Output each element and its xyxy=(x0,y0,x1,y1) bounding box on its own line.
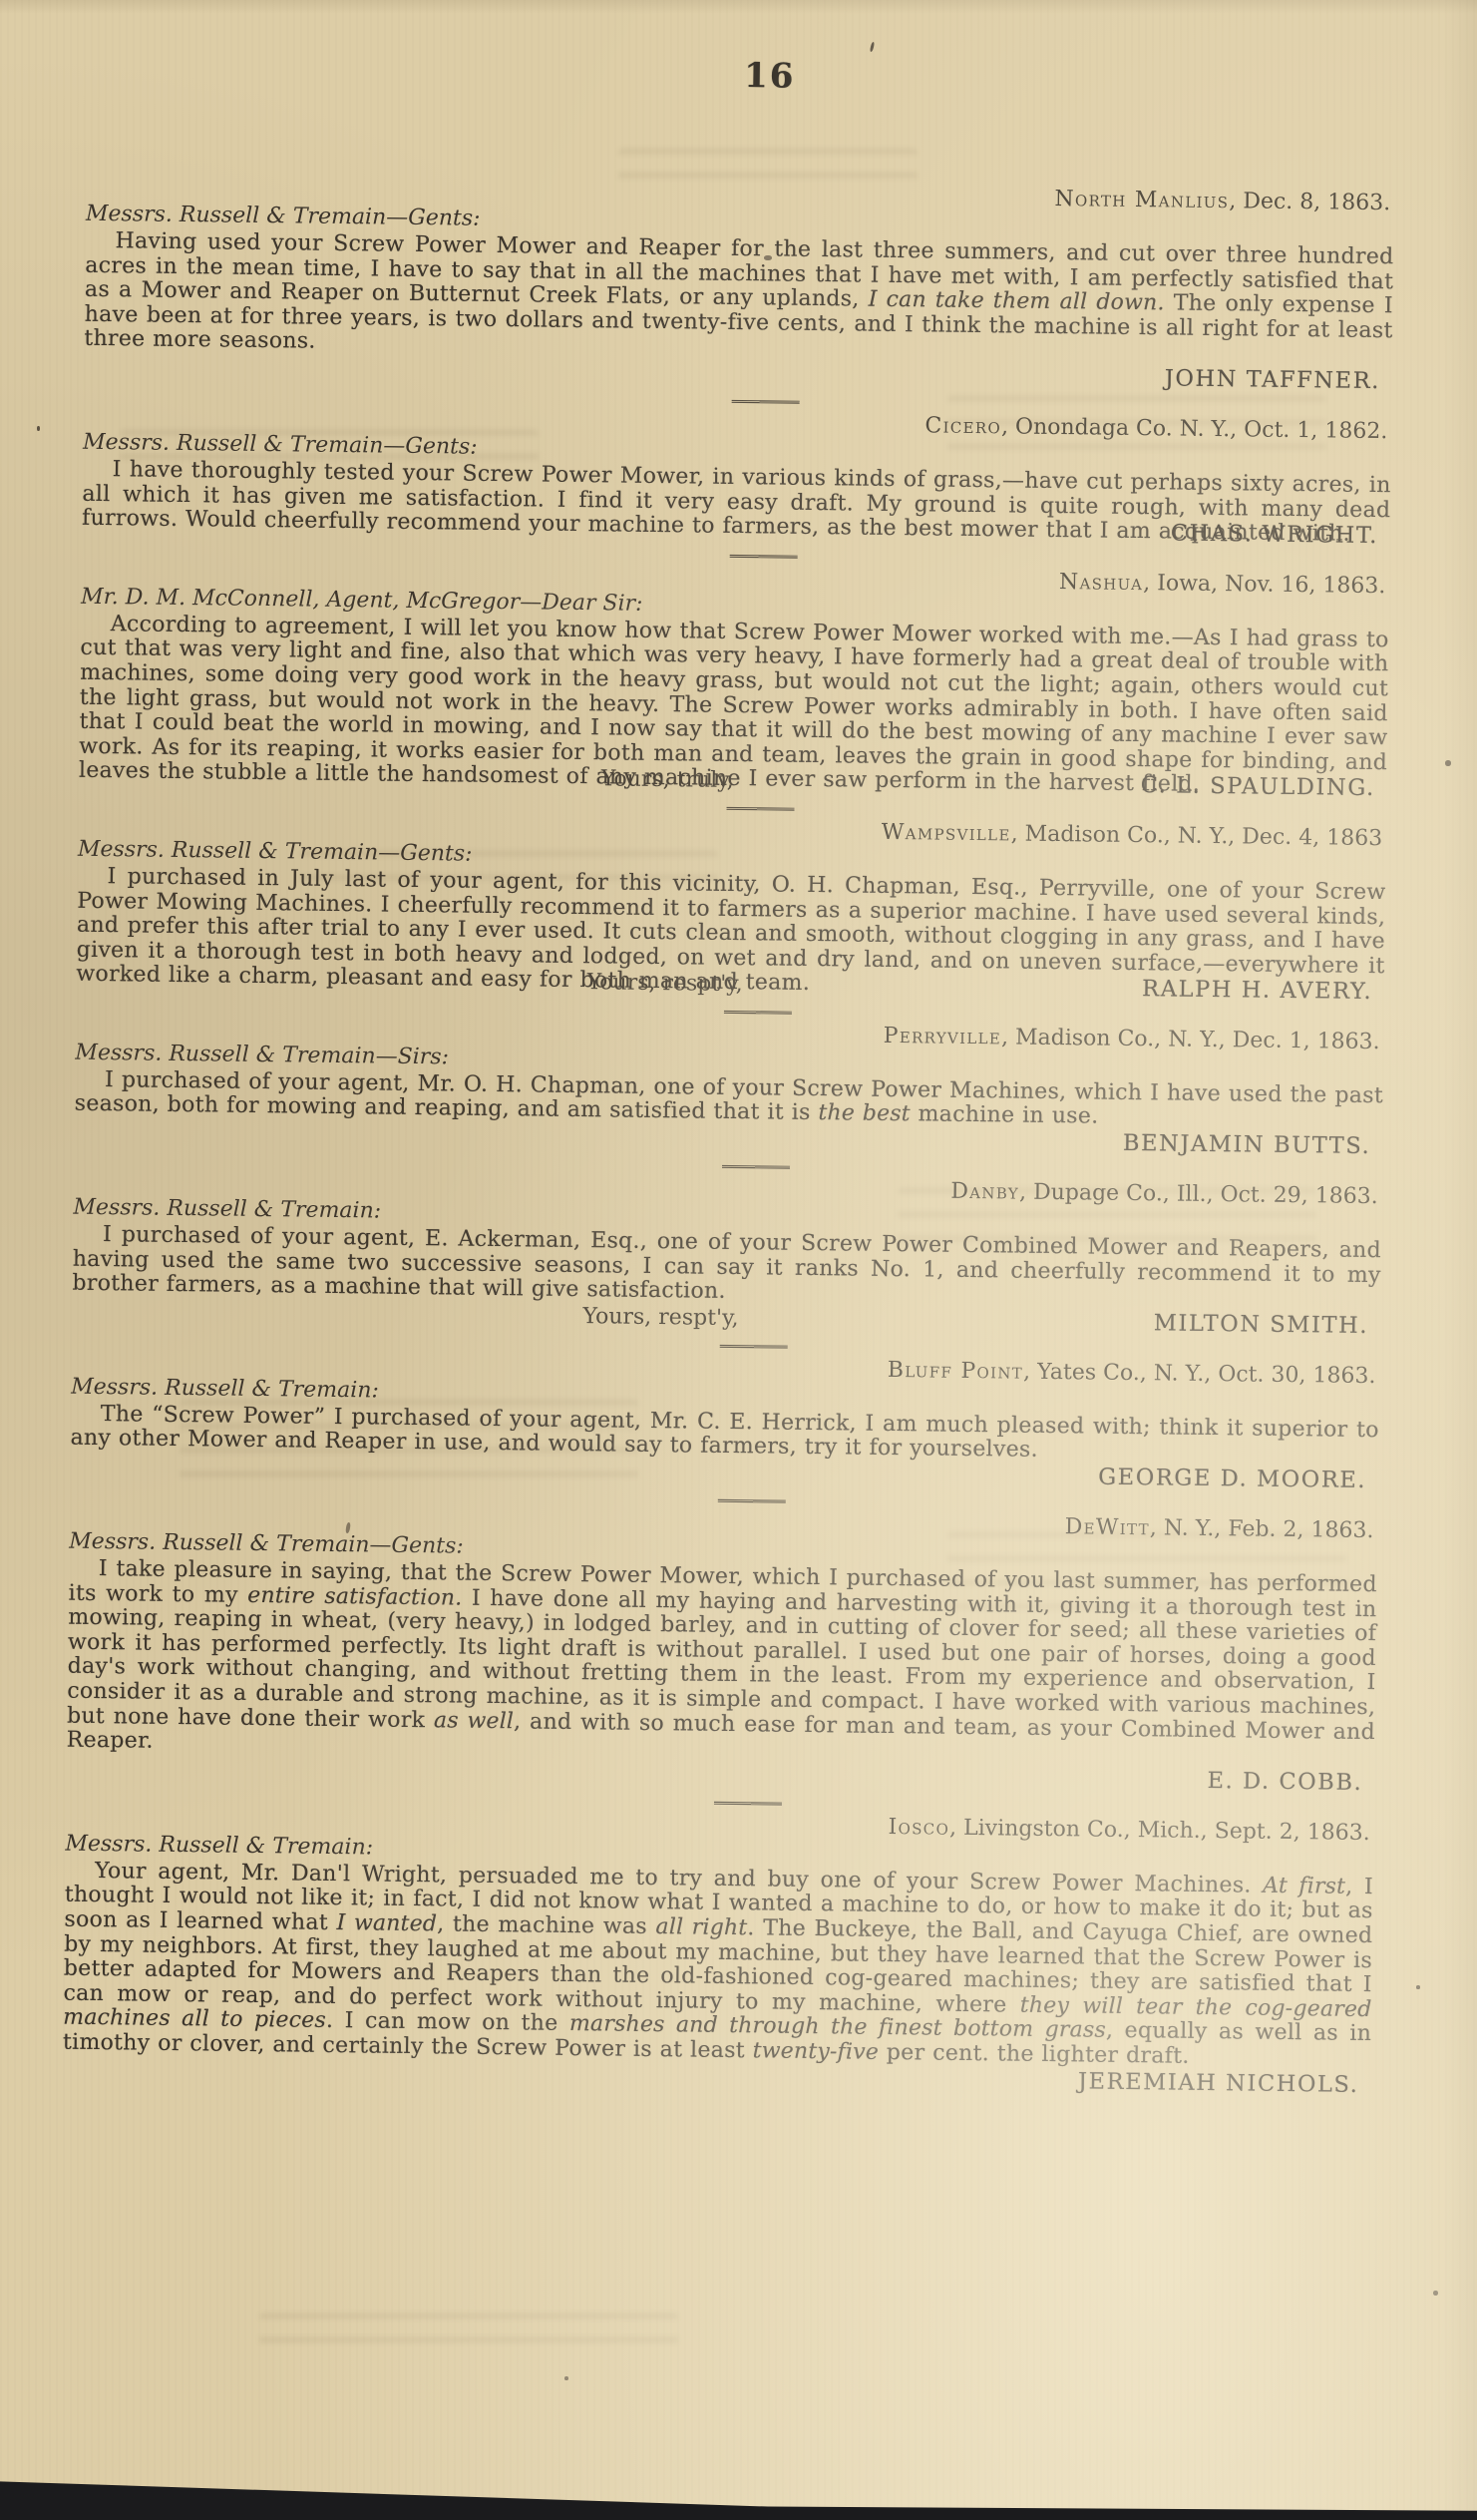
letter-closing: Yours, respt'y, xyxy=(582,1303,738,1332)
letter-place: Danby xyxy=(950,1179,1019,1205)
testimonial-letter: Danby, Dupage Co., Ill., Oct. 29, 1863. … xyxy=(72,1167,1382,1340)
letter-separator xyxy=(714,1802,782,1806)
letter-date: , Yates Co., N. Y., Oct. 30, 1863. xyxy=(1023,1359,1376,1388)
letter-separator xyxy=(724,1011,792,1015)
letter-place: Iosco xyxy=(888,1815,949,1841)
letter-signature: RALPH H. AVERY. xyxy=(1142,976,1372,1006)
body-italic-segment: the best xyxy=(818,1101,911,1127)
letter-separator xyxy=(720,1345,788,1349)
letter-separator xyxy=(730,555,798,559)
letter-place: Nashua xyxy=(1059,570,1144,596)
letter-separator xyxy=(732,400,800,404)
letter-place: Perryville xyxy=(884,1024,1002,1050)
body-segment: . I can mow on the xyxy=(326,2008,569,2036)
body-italic-segment: as well xyxy=(434,1708,514,1734)
letter-place: North Manlius xyxy=(1054,187,1229,213)
ink-speck xyxy=(764,255,772,260)
letter-body: Your agent, Mr. Dan'l Wright, persuaded … xyxy=(63,1859,1373,2071)
letter-signature: JOHN TAFFNER. xyxy=(1165,365,1381,395)
letter-date: , N. Y., Feb. 2, 1863. xyxy=(1150,1515,1374,1543)
letter-closing: Yours, respt'y, xyxy=(586,969,742,998)
testimonial-letter: Cicero, Onondaga Co. N. Y., Oct. 1, 1862… xyxy=(82,402,1392,550)
body-italic-segment: I wanted xyxy=(336,1910,437,1936)
body-italic-segment: entire satisfaction. xyxy=(247,1583,463,1611)
letter-separator xyxy=(727,807,795,811)
body-segment: per cent. the lighter draft. xyxy=(879,2040,1190,2069)
letter-date: , Madison Co., N. Y., Dec. 1, 1863. xyxy=(1001,1025,1380,1054)
letter-date: , Dec. 8, 1863. xyxy=(1229,189,1390,215)
ink-speck xyxy=(37,426,40,431)
letter-date: , Iowa, Nov. 16, 1863. xyxy=(1143,571,1385,599)
letter-body: I take pleasure in saying, that the Scre… xyxy=(67,1557,1377,1770)
body-italic-segment: all right xyxy=(655,1914,747,1940)
letter-signature: MILTON SMITH. xyxy=(1154,1310,1369,1340)
letter-signature: CHAS. WRIGHT. xyxy=(1171,520,1379,550)
letter-place: Wampsville xyxy=(882,820,1011,847)
ink-speck xyxy=(1445,760,1451,766)
scan-bottom-edge xyxy=(0,2478,1477,2520)
letter-date: , Dupage Co., Ill., Oct. 29, 1863. xyxy=(1019,1180,1378,1210)
letter-place: DeWitt xyxy=(1065,1514,1151,1540)
testimonial-letter: Iosco, Livingston Co., Mich., Sept. 2, 1… xyxy=(62,1803,1373,2098)
scanned-document-page: 16 North Manlius, Dec. 8, 1863. Messrs. … xyxy=(0,0,1477,2520)
letter-separator xyxy=(718,1499,786,1503)
letter-signature: E. D. COBB. xyxy=(1207,1768,1362,1797)
letter-place: Cicero xyxy=(924,413,1001,439)
letter-closing: Yours, truly, xyxy=(601,765,734,794)
letter-signature: JEREMIAH NICHOLS. xyxy=(1078,2068,1359,2099)
letter-body: Having used your Screw Power Mower and R… xyxy=(84,229,1393,368)
testimonial-letter: North Manlius, Dec. 8, 1863. Messrs. Rus… xyxy=(84,174,1394,395)
body-italic-segment: twenty-five xyxy=(753,2038,880,2065)
body-segment: machine in use. xyxy=(911,1102,1099,1129)
body-segment: , the machine was xyxy=(437,1911,656,1939)
testimonial-letter: Wampsville, Madison Co., N. Y., Dec. 4, … xyxy=(76,809,1386,1006)
letter-place: Bluff Point xyxy=(888,1358,1024,1385)
body-italic-segment: At first xyxy=(1263,1873,1345,1898)
ink-speck xyxy=(870,42,875,52)
testimonial-letter: DeWitt, N. Y., Feb. 2, 1863. Messrs. Rus… xyxy=(66,1501,1377,1797)
testimonial-letter: Perryville, Madison Co., N. Y., Dec. 1, … xyxy=(74,1013,1384,1161)
letter-date: , Onondaga Co. N. Y., Oct. 1, 1862. xyxy=(1001,414,1388,444)
letter-signature: BENJAMIN BUTTS. xyxy=(1123,1130,1371,1160)
testimonial-letters-list: North Manlius, Dec. 8, 1863. Messrs. Rus… xyxy=(62,174,1394,2099)
bleedthrough-artifact xyxy=(259,2312,678,2348)
letter-signature: GEORGE D. MOORE. xyxy=(1098,1465,1366,1494)
letter-signature: C. L. SPAULDING. xyxy=(1141,772,1375,802)
ink-speck xyxy=(1433,2291,1438,2296)
testimonial-letter: Bluff Point, Yates Co., N. Y., Oct. 30, … xyxy=(70,1346,1380,1494)
ink-speck xyxy=(1416,1985,1420,1989)
page-content: 16 North Manlius, Dec. 8, 1863. Messrs. … xyxy=(62,48,1396,2099)
ink-speck xyxy=(564,2376,568,2380)
testimonial-letter: Nashua, Iowa, Nov. 16, 1863. Mr. D. M. M… xyxy=(79,556,1390,802)
letter-date: , Madison Co., N. Y., Dec. 4, 1863 xyxy=(1011,821,1383,851)
letter-separator xyxy=(722,1165,790,1169)
letter-date: , Livingston Co., Mich., Sept. 2, 1863. xyxy=(949,1816,1370,1846)
page-number: 16 xyxy=(116,48,1424,104)
